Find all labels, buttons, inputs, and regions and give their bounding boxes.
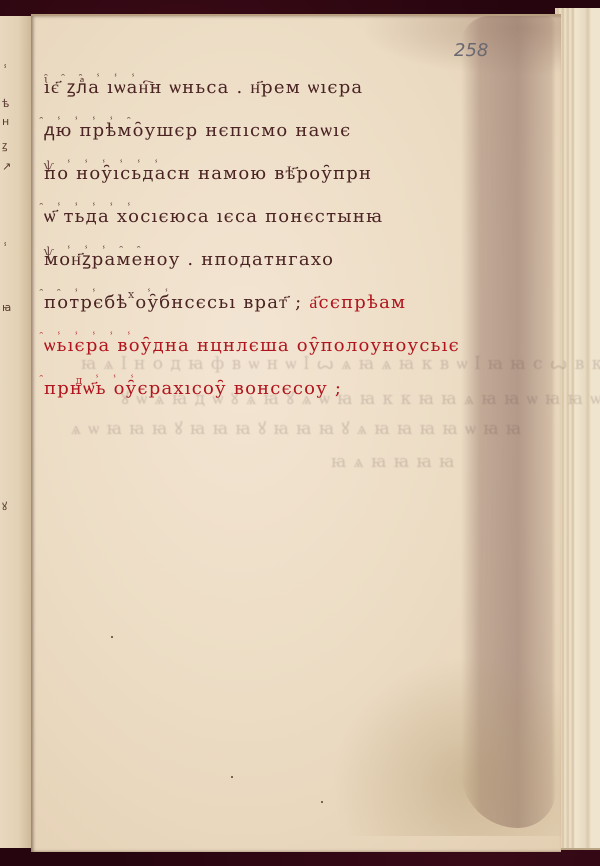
text-line-1: ꙇ̑ ̑ ̑ ̾ ̾ ̾ ıє҃ ꙁлⷶа ıѡан҇н ѡньса . н҃р… (44, 58, 464, 101)
margin-glyph: ↗ (2, 161, 11, 172)
text-line-5: ѱ ̾ ̾ ̾ ̑ ̑ мон҃ꙁраменоу . нподатнгахо (44, 230, 464, 273)
text-line-4: ̑ ̾ ̾ ̾ ̾ ̾ ѡ҃ тьда хосıєюса ıєса понєст… (44, 187, 464, 230)
margin-glyph: ѣ (2, 98, 9, 109)
text-line-8: ̑ д ̾ ̾ ̾ прнѡ҃ь оу̑єрахıсоу̑ вонсєсоу ; (44, 359, 464, 402)
line-text-brown: потрєбѣ оу̑бнсєсьı врат҃ ; (44, 292, 302, 313)
rubric-text: прнѡ҃ь оу̑єрахıсоу̑ вонсєсоу ; (44, 367, 342, 410)
margin-glyph: ꙋ (2, 501, 7, 512)
margin-glyph: ꙗ (2, 302, 11, 313)
bleed-through-line: ꙗ ѧ ꙗ ꙗ ꙗ ꙗ (331, 452, 455, 472)
text-line-6: ̑ ̑ ̾ ̾ х ̾ ̾ потрєбѣ оу̑бнсєсьı врат҃ ;… (44, 273, 464, 316)
water-stain-bottom (331, 656, 561, 836)
text-line-2: ̑ ̾ ̾ ̾ ̾ ̑ ᲁю прѣмо̑ушєр нєпıсмо наѡıє (44, 101, 464, 144)
margin-glyph: ⸯ (2, 66, 8, 77)
manuscript-text-block: ꙇ̑ ̑ ̑ ̾ ̾ ̾ ıє҃ ꙁлⷶа ıѡан҇н ѡньса . н҃р… (44, 58, 464, 402)
left-page-margin: ⸯ ѣ н ꙁ ↗ ⸯ ꙗ ꙋ (0, 16, 33, 848)
ink-speck (231, 776, 233, 778)
margin-glyph: н (2, 116, 9, 127)
text-line-7: ̑ ̾ ̾ ̾ ̾ ̾ ѡьıєра воу̑дна нцнлєша оу̑по… (44, 316, 464, 359)
rubric-text: а҃сєпрѣам (302, 292, 406, 313)
text-line-3: ѱ ̾ ̾ ̾ ̾ ̾ ̾ по ноу̑ıсьдасн намою вѣ҃ро… (44, 144, 464, 187)
stacked-page-edges (555, 8, 600, 850)
ink-speck (111, 636, 113, 638)
ink-speck (321, 801, 323, 803)
margin-glyph: ꙁ (2, 140, 7, 151)
margin-glyph: ⸯ (2, 244, 8, 255)
bleed-through-line: ѧ ѡ ꙗ ꙗ ꙗ ꙋ ꙗ ꙗ ꙗ ꙋ ꙗ ꙗ ꙗ ꙋ ѧ ꙗ ꙗ ꙗ ꙗ ѡ … (71, 416, 522, 439)
